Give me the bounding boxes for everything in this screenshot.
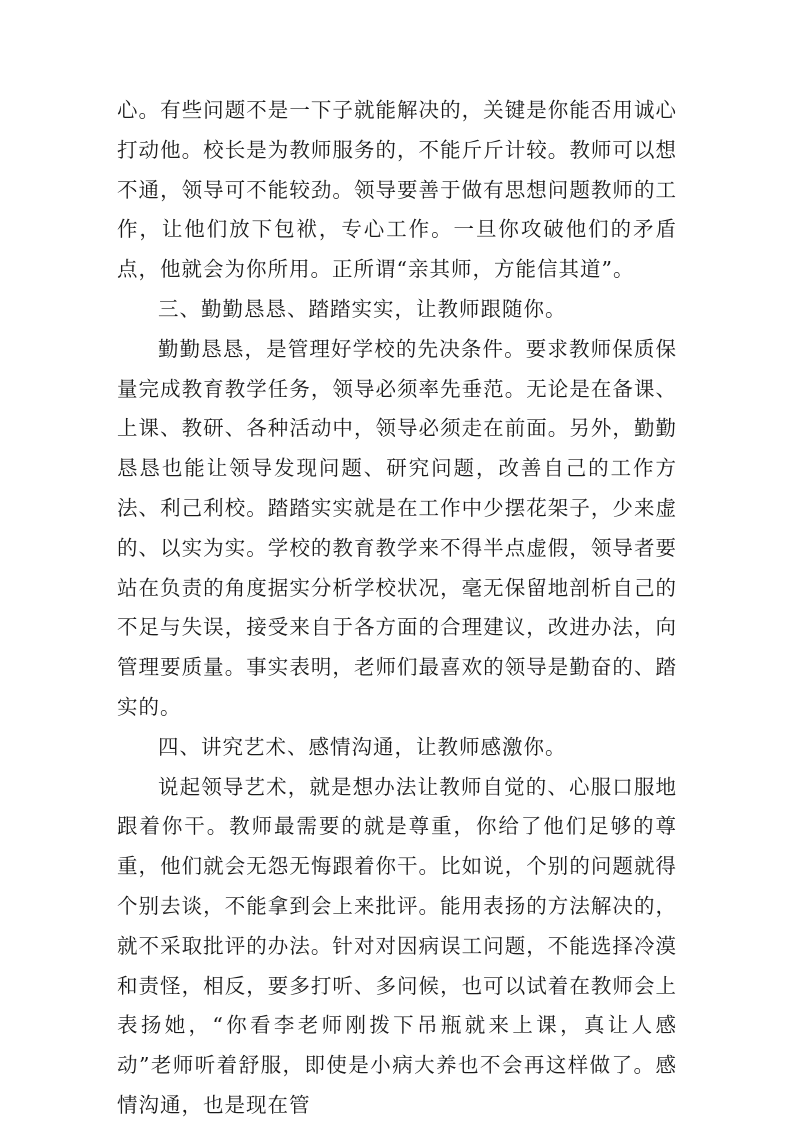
section-heading-3: 三、勤勤恳恳、踏踏实实，让教师跟随你。 xyxy=(117,290,677,330)
paragraph-body: 勤勤恳恳，是管理好学校的先决条件。要求教师保质保量完成教育教学任务，领导必须率先… xyxy=(117,330,677,728)
paragraph-continued: 心。有些问题不是一下子就能解决的，关键是你能否用诚心打动他。校长是为教师服务的，… xyxy=(117,91,677,290)
document-page: 心。有些问题不是一下子就能解决的，关键是你能否用诚心打动他。校长是为教师服务的，… xyxy=(117,91,677,1122)
paragraph-body: 说起领导艺术，就是想办法让教师自觉的、心服口服地跟着你干。教师最需要的就是尊重，… xyxy=(117,768,677,1122)
section-heading-4: 四、讲究艺术、感情沟通，让教师感激你。 xyxy=(117,728,677,768)
